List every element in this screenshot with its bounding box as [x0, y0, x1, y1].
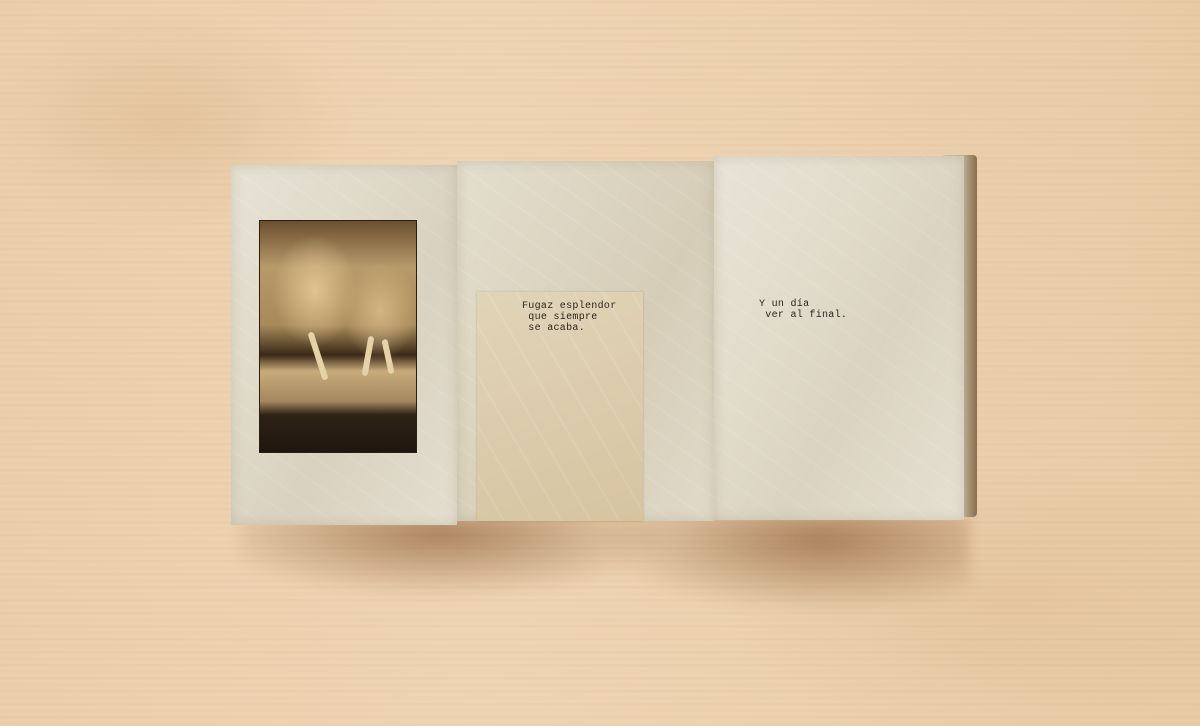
note-text: Fugaz esplendor que siempre se acaba. — [522, 301, 617, 334]
tree-trunk — [362, 336, 375, 376]
text-line: ver al final. — [759, 310, 847, 321]
sepia-tree-photo — [259, 220, 417, 453]
book-shadow — [240, 515, 970, 620]
typed-note: Fugaz esplendor que siempre se acaba. — [477, 292, 643, 521]
artist-book: Fugaz esplendor que siempre se acaba. Y … — [231, 155, 977, 525]
text-line: Y un día — [759, 299, 847, 310]
note-line: se acaba. — [522, 323, 617, 334]
right-page: Y un día ver al final. — [714, 156, 964, 520]
tree-trunk — [307, 331, 328, 380]
note-line: que siempre — [522, 312, 617, 323]
tree-trunk — [381, 339, 394, 374]
middle-page: Fugaz esplendor que siempre se acaba. — [457, 161, 714, 521]
right-page-text: Y un día ver al final. — [759, 299, 847, 321]
note-line: Fugaz esplendor — [522, 301, 617, 312]
left-page — [231, 165, 457, 525]
